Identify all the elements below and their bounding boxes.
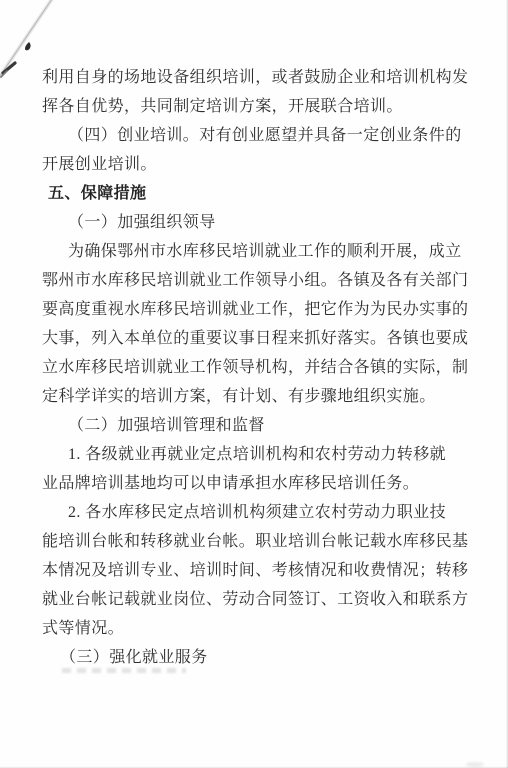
text-line: 大事，列入本单位的重要议事日程来抓好落实。各镇也要成 [42, 324, 482, 353]
text-line: 挥各自优势，共同制定培训方案，开展联合培训。 [42, 92, 482, 121]
text-line: 1. 各级就业再就业定点培训机构和农村劳动力转移就 [42, 440, 482, 469]
text-line: 为确保鄂州市水库移民培训就业工作的顺利开展，成立 [42, 237, 482, 266]
text-line: 鄂州市水库移民培训就业工作领导小组。各镇及各有关部门 [42, 266, 482, 295]
text-line: 要高度重视水库移民培训就业工作，把它作为为民办实事的 [42, 295, 482, 324]
ink-bleed-through [62, 668, 186, 673]
text-line: 能培训台帐和转移就业台帐。职业培训台帐记载水库移民基 [42, 527, 482, 556]
document-body: 利用自身的场地设备组织培训，或者鼓励企业和培训机构发 挥各自优势，共同制定培训方… [42, 63, 482, 672]
text-line: 就业台帐记载就业岗位、劳动合同签订、工资收入和联系方 [42, 585, 482, 614]
text-line: 利用自身的场地设备组织培训，或者鼓励企业和培训机构发 [42, 63, 482, 92]
text-line: 本情况及培训专业、培训时间、考核情况和收费情况；转移 [42, 556, 482, 585]
text-line: 业品牌培训基地均可以申请承担水库移民培训任务。 [42, 469, 482, 498]
subsection-heading: （一）加强组织领导 [42, 208, 482, 237]
section-heading: 五、保障措施 [42, 179, 482, 208]
text-line: 开展创业培训。 [42, 150, 482, 179]
text-line: 定科学详实的培训方案，有计划、有步骤地组织实施。 [42, 382, 482, 411]
subsection-heading: （二）加强培训管理和监督 [42, 411, 482, 440]
text-line: 立水库移民培训就业工作领导机构，并结合各镇的实际，制 [42, 353, 482, 382]
text-line: 2. 各水库移民定点培训机构须建立农村劳动力职业技 [42, 498, 482, 527]
text-line: 式等情况。 [42, 614, 482, 643]
scanned-document-page: 利用自身的场地设备组织培训，或者鼓励企业和培训机构发 挥各自优势，共同制定培训方… [0, 0, 508, 768]
text-line: （四）创业培训。对有创业愿望并具备一定创业条件的 [42, 121, 482, 150]
